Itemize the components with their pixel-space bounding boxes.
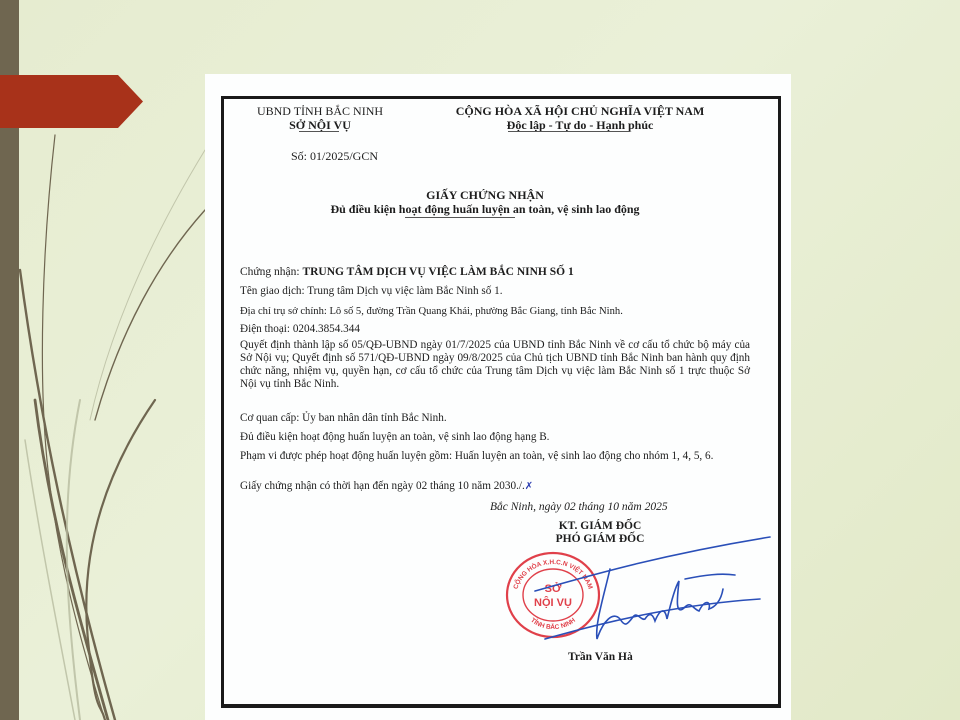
issuing-authority: UBND TỈNH BẮC NINH SỞ NỘI VỤ	[235, 104, 405, 132]
certificate-document: UBND TỈNH BẮC NINH SỞ NỘI VỤ CỘNG HÒA XÃ…	[205, 74, 791, 720]
document-title: GIẤY CHỨNG NHẬN	[225, 188, 745, 202]
authority-department: SỞ NỘI VỤ	[235, 118, 405, 132]
title-underline	[405, 217, 515, 218]
certify-line: Chứng nhận: TRUNG TÂM DỊCH VỤ VIỆC LÀM B…	[240, 266, 750, 279]
signature-icon	[495, 529, 785, 659]
phone: Điện thoại: 0204.3854.344	[240, 323, 750, 336]
national-motto: CỘNG HÒA XÃ HỘI CHỦ NGHĨA VIỆT NAM Độc l…	[435, 104, 725, 132]
initial-mark-icon: ✗	[525, 481, 533, 492]
document-subtitle: Đủ điều kiện hoạt động huấn luyện an toà…	[225, 202, 745, 216]
scope: Phạm vi được phép hoạt động huấn luyện g…	[240, 450, 750, 463]
header-right-underline	[508, 131, 630, 132]
address: Địa chỉ trụ sở chính: Lô số 5, đường Trầ…	[240, 305, 750, 318]
signer-name: Trần Văn Hà	[568, 651, 633, 663]
certify-value: TRUNG TÂM DỊCH VỤ VIỆC LÀM BẮC NINH SỐ 1	[302, 266, 573, 278]
country-name: CỘNG HÒA XÃ HỘI CHỦ NGHĨA VIỆT NAM	[435, 104, 725, 118]
place-date: Bắc Ninh, ngày 02 tháng 10 năm 2025	[490, 501, 668, 513]
decision-text: Quyết định thành lập số 05/QĐ-UBND ngày …	[240, 339, 750, 391]
document-number: Số: 01/2025/GCN	[291, 149, 378, 164]
header-left-underline	[299, 131, 339, 132]
class: Đủ điều kiện hoạt động huấn luyện an toà…	[240, 431, 750, 444]
validity-line: Giấy chứng nhận có thời hạn đến ngày 02 …	[240, 480, 750, 493]
validity: Giấy chứng nhận có thời hạn đến ngày 02 …	[240, 480, 525, 492]
authority-province: UBND TỈNH BẮC NINH	[235, 104, 405, 118]
issuer: Cơ quan cấp: Ủy ban nhân dân tỉnh Bắc Ni…	[240, 412, 750, 425]
motto: Độc lập - Tự do - Hạnh phúc	[435, 118, 725, 132]
trade-name: Tên giao dịch: Trung tâm Dịch vụ việc là…	[240, 285, 750, 298]
document-title-block: GIẤY CHỨNG NHẬN Đủ điều kiện hoạt động h…	[225, 188, 745, 216]
certify-label: Chứng nhận:	[240, 266, 302, 278]
